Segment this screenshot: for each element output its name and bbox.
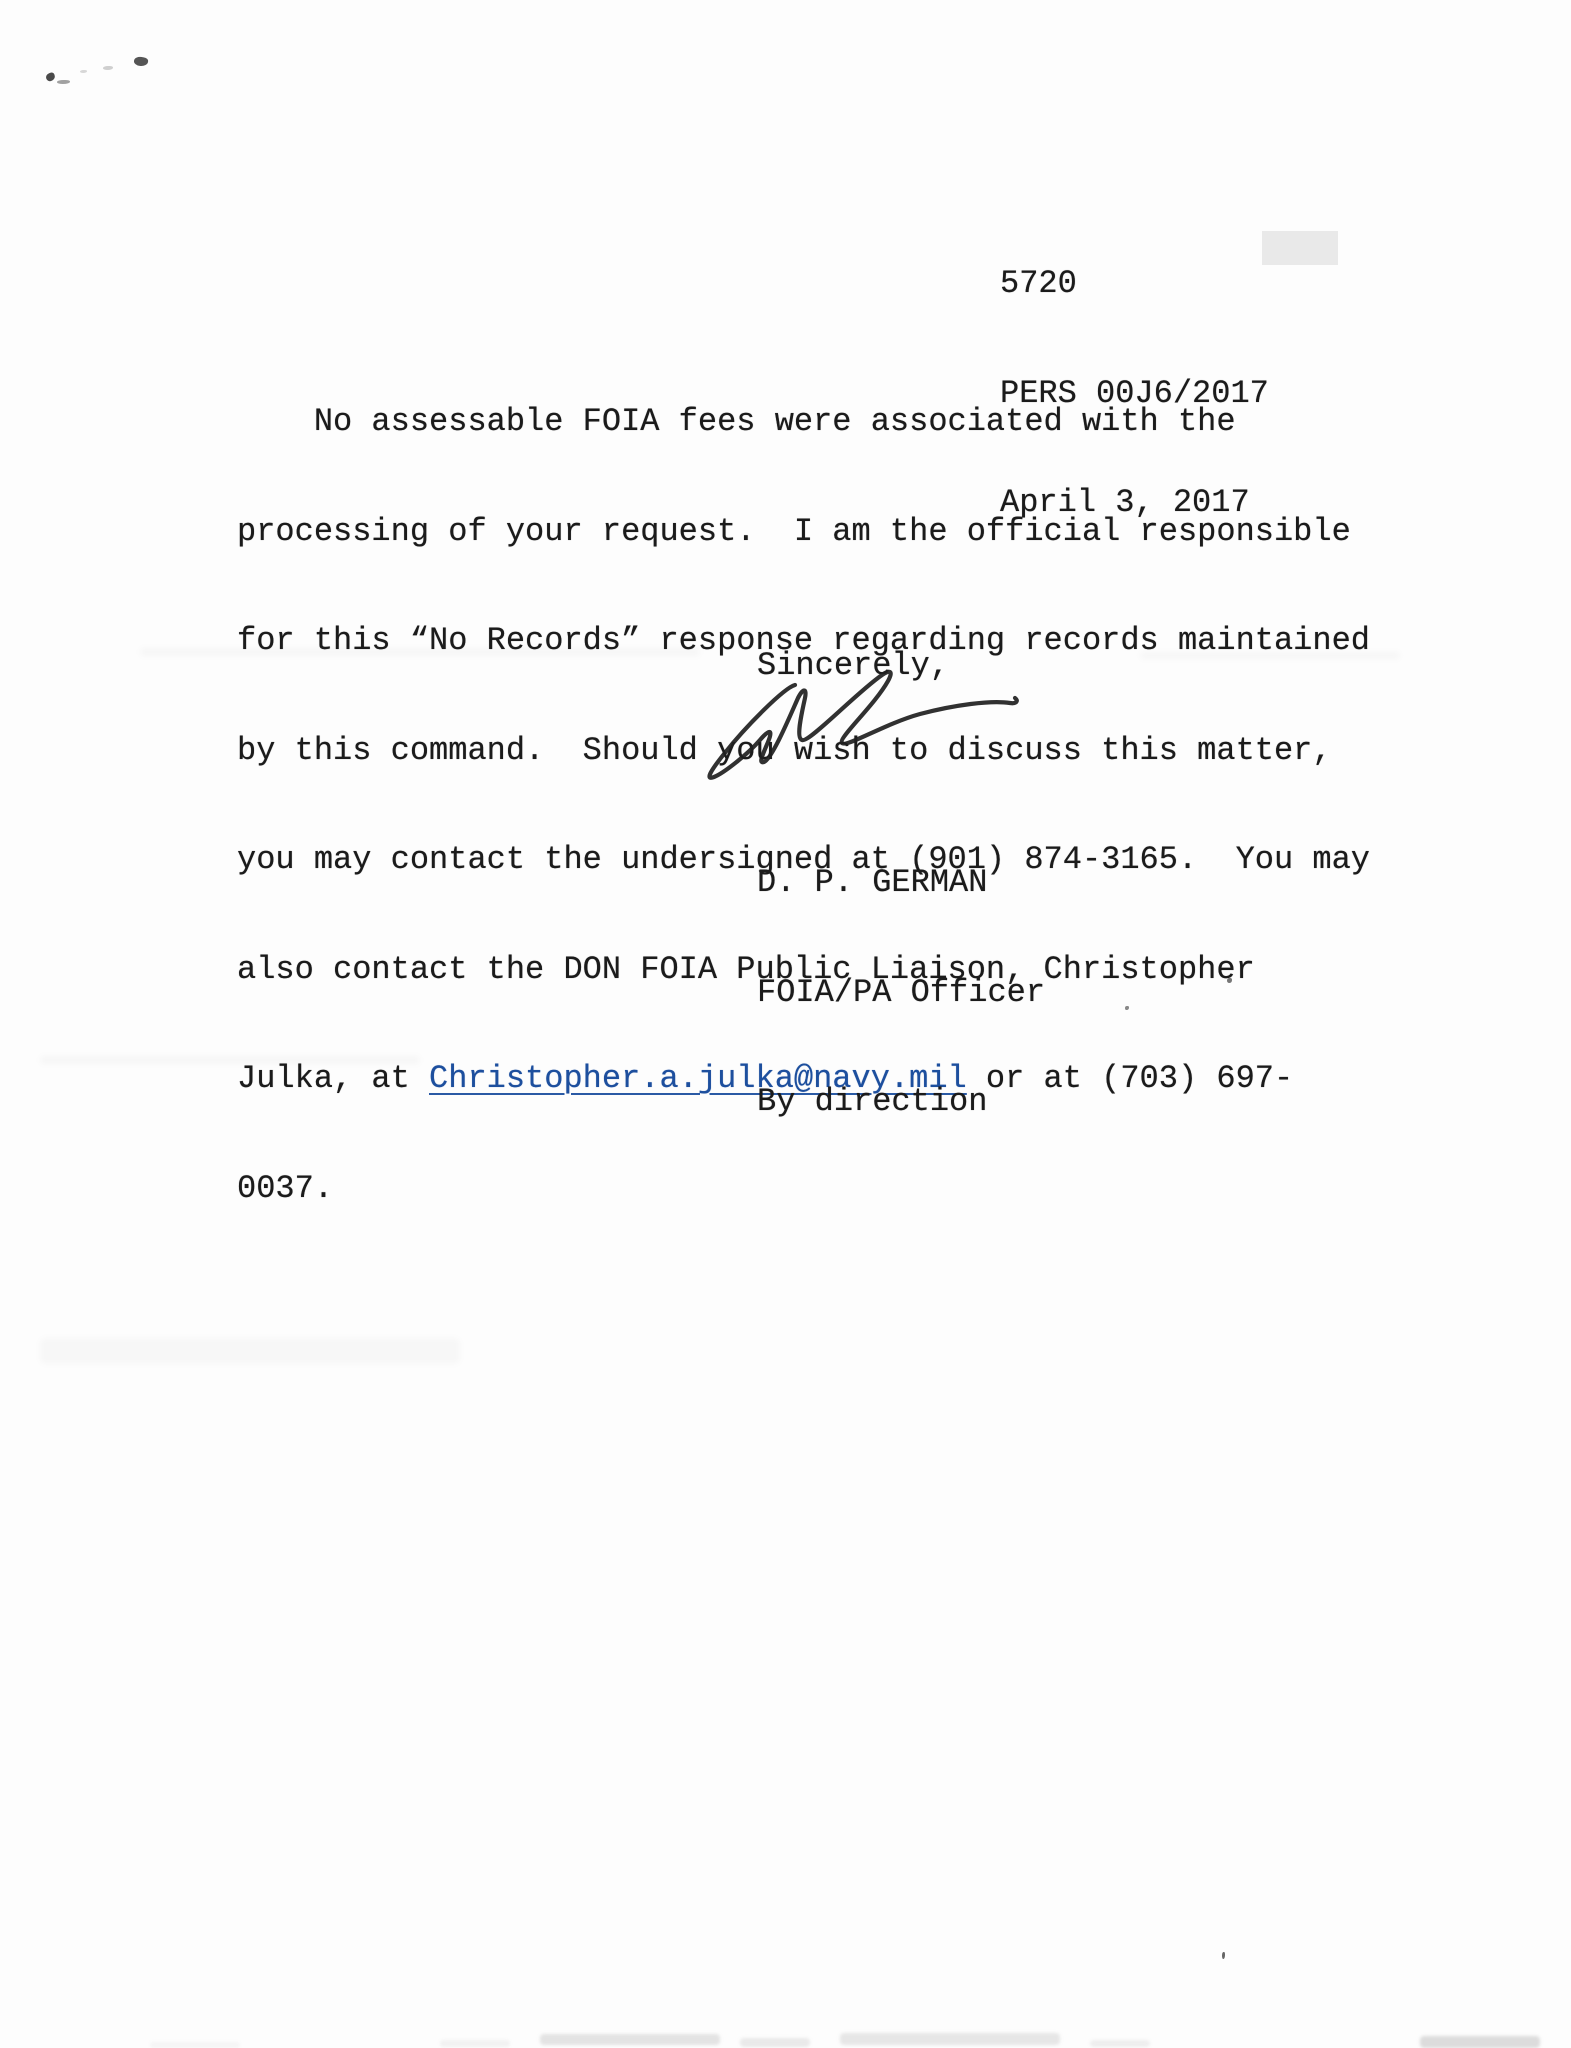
body-line-2: processing of your request. I am the off… [237,514,1370,551]
scan-artifact [150,2042,240,2048]
contact-line-prefix: Julka, at [237,1060,429,1097]
scan-artifact [440,2040,510,2047]
scan-artifact [103,66,113,70]
scan-artifact [80,70,87,73]
scan-artifact [40,1338,460,1364]
signer-name: D. P. GERMAN [757,865,1045,902]
scan-artifact [57,80,70,84]
signature-block: D. P. GERMAN FOIA/PA Officer By directio… [757,792,1045,1194]
signing-authority: By direction [757,1084,1045,1121]
scan-artifact [540,2034,720,2045]
scan-artifact [45,72,56,83]
scan-artifact [840,2033,1060,2045]
scan-artifact [740,2038,810,2047]
redaction-box [1262,231,1338,265]
scan-artifact [1090,2040,1150,2047]
scan-artifact [133,56,148,67]
body-line-1: No assessable FOIA fees were associated … [237,404,1370,441]
signer-title: FOIA/PA Officer [757,975,1045,1012]
scan-artifact [1222,1952,1225,1959]
handwritten-signature-icon [676,648,1026,783]
serial-number: 5720 [1000,266,1269,303]
scanned-letter-page: 5720 PERS 00J6/2017 April 3, 2017 No ass… [0,0,1571,2048]
scan-artifact [1420,2036,1540,2048]
